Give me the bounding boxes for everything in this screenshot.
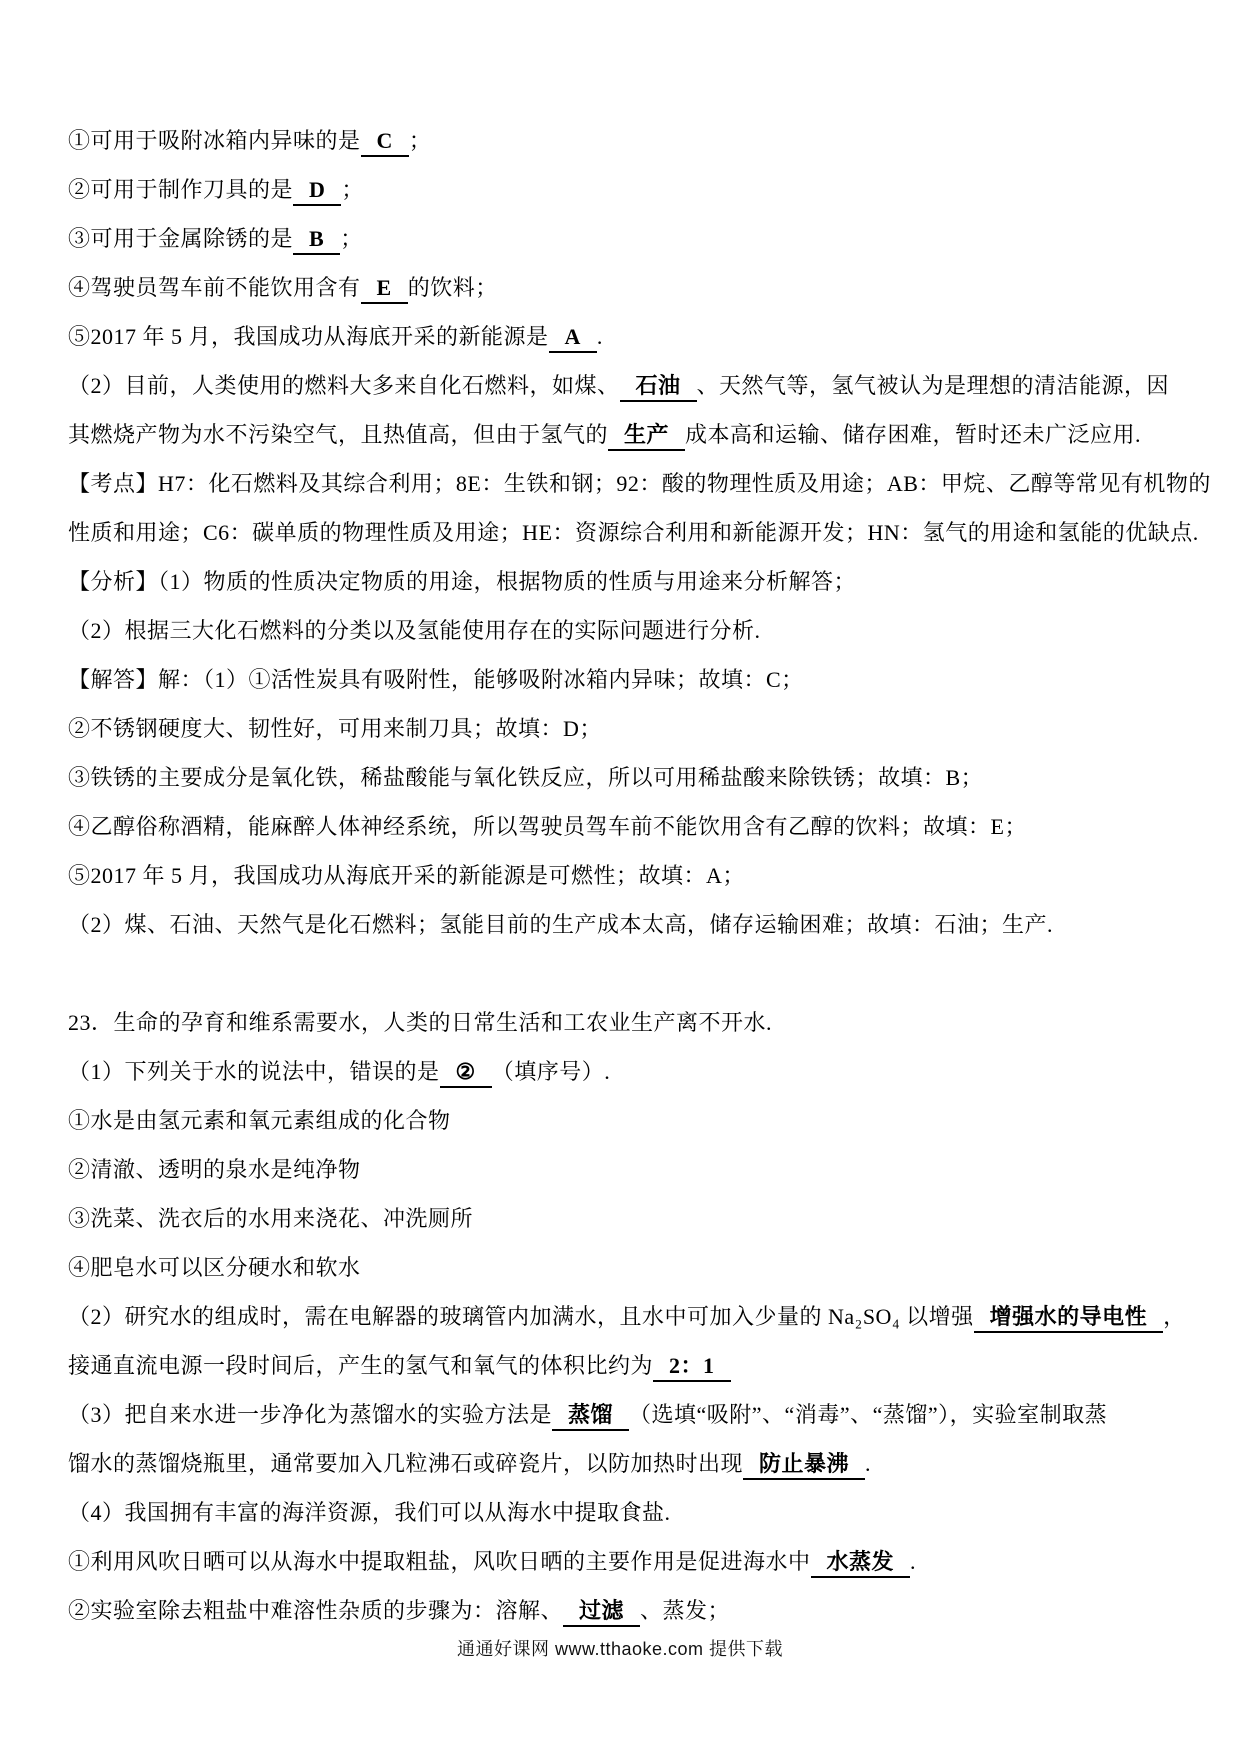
answer-blank: 2：1	[653, 1352, 731, 1382]
text-line: ⑤2017 年 5 月，我国成功从海底开采的新能源是可燃性；故填：A；	[68, 851, 1182, 900]
text-segment: （填序号）.	[492, 1059, 611, 1084]
text-segment: 的饮料；	[408, 275, 498, 300]
text-line: ①可用于吸附冰箱内异味的是C；	[68, 116, 1182, 165]
answer-blank: 石油	[620, 372, 697, 402]
text-line: ②不锈钢硬度大、韧性好，可用来制刀具；故填：D；	[68, 704, 1182, 753]
text-line: ②清澈、透明的泉水是纯净物	[68, 1145, 1182, 1194]
text-line: ①水是由氢元素和氧元素组成的化合物	[68, 1096, 1182, 1145]
footer-watermark: 通通好课网 www.tthaoke.com 提供下载	[0, 1637, 1240, 1661]
answer-blank: ②	[440, 1058, 492, 1088]
text-segment: ③洗菜、洗衣后的水用来浇花、冲洗厕所	[68, 1206, 473, 1231]
text-segment: 【分析】（1）物质的性质决定物质的用途，根据物质的性质与用途来分析解答；	[68, 569, 856, 594]
text-line: （2）目前，人类使用的燃料大多来自化石燃料，如煤、石油、天然气等，氢气被认为是理…	[68, 361, 1182, 410]
answer-blank: 防止暴沸	[743, 1450, 865, 1480]
text-segment: .	[910, 1549, 916, 1574]
answer-blank: E	[361, 274, 408, 304]
text-segment: （2）根据三大化石燃料的分类以及氢能使用存在的实际问题进行分析.	[68, 618, 761, 643]
text-segment: ④肥皂水可以区分硬水和软水	[68, 1255, 361, 1280]
text-line: （2）根据三大化石燃料的分类以及氢能使用存在的实际问题进行分析.	[68, 606, 1182, 655]
text-line: 馏水的蒸馏烧瓶里，通常要加入几粒沸石或碎瓷片，以防加热时出现防止暴沸.	[68, 1439, 1182, 1488]
text-line: ④乙醇俗称酒精，能麻醉人体神经系统，所以驾驶员驾车前不能饮用含有乙醇的饮料；故填…	[68, 802, 1182, 851]
text-line: ①利用风吹日晒可以从海水中提取粗盐，风吹日晒的主要作用是促进海水中水蒸发.	[68, 1537, 1182, 1586]
text-segment: （2）煤、石油、天然气是化石燃料；氢能目前的生产成本太高，储存运输困难；故填：石…	[68, 912, 1053, 937]
text-segment: ，	[1163, 1304, 1186, 1329]
text-segment: （2）目前，人类使用的燃料大多来自化石燃料，如煤、	[68, 373, 620, 398]
page: { "page": { "background": "#ffffff", "te…	[0, 0, 1240, 1754]
text-segment: ②实验室除去粗盐中难溶性杂质的步骤为：溶解、	[68, 1598, 563, 1623]
text-segment: 、蒸发；	[640, 1598, 730, 1623]
text-line: （4）我国拥有丰富的海洋资源，我们可以从海水中提取食盐.	[68, 1488, 1182, 1537]
text-line: 【分析】（1）物质的性质决定物质的用途，根据物质的性质与用途来分析解答；	[68, 557, 1182, 606]
text-line: 其燃烧产物为水不污染空气，且热值高，但由于氢气的生产成本高和运输、储存困难，暂时…	[68, 410, 1182, 459]
answer-blank: 生产	[608, 421, 685, 451]
text-segment: ②清澈、透明的泉水是纯净物	[68, 1157, 361, 1182]
text-line: ④肥皂水可以区分硬水和软水	[68, 1243, 1182, 1292]
text-line: 性质和用途；C6：碳单质的物理性质及用途；HE：资源综合利用和新能源开发；HN：…	[68, 508, 1182, 557]
text-line: （1）下列关于水的说法中，错误的是②（填序号）.	[68, 1047, 1182, 1096]
text-segment: ④乙醇俗称酒精，能麻醉人体神经系统，所以驾驶员驾车前不能饮用含有乙醇的饮料；故填…	[68, 814, 1027, 839]
document-body: ①可用于吸附冰箱内异味的是C；②可用于制作刀具的是D；③可用于金属除锈的是B；④…	[0, 0, 1240, 1635]
text-segment: 其燃烧产物为水不污染空气，且热值高，但由于氢气的	[68, 422, 608, 447]
answer-blank: 水蒸发	[811, 1548, 911, 1578]
text-line: ②实验室除去粗盐中难溶性杂质的步骤为：溶解、过滤、蒸发；	[68, 1586, 1182, 1635]
text-segment: 、天然气等，氢气被认为是理想的清洁能源，因	[697, 373, 1170, 398]
text-segment: ②可用于制作刀具的是	[68, 177, 293, 202]
text-segment: ④驾驶员驾车前不能饮用含有	[68, 275, 361, 300]
text-segment: （4）我国拥有丰富的海洋资源，我们可以从海水中提取食盐.	[68, 1500, 671, 1525]
text-segment: 性质和用途；C6：碳单质的物理性质及用途；HE：资源综合利用和新能源开发；HN：…	[68, 520, 1199, 545]
answer-blank: D	[293, 176, 341, 206]
text-segment: ③铁锈的主要成分是氧化铁，稀盐酸能与氧化铁反应，所以可用稀盐酸来除铁锈；故填：B…	[68, 765, 983, 790]
text-segment: 23．生命的孕育和维系需要水，人类的日常生活和工农业生产离不开水.	[68, 1010, 772, 1035]
text-segment: 接通直流电源一段时间后，产生的氢气和氧气的体积比约为	[68, 1353, 653, 1378]
text-line: 【考点】H7：化石燃料及其综合利用；8E：生铁和钢；92：酸的物理性质及用途；A…	[68, 459, 1182, 508]
text-line: （2）煤、石油、天然气是化石燃料；氢能目前的生产成本太高，储存运输困难；故填：石…	[68, 900, 1182, 949]
text-segment: ⑤2017 年 5 月，我国成功从海底开采的新能源是	[68, 324, 549, 349]
answer-blank: C	[361, 127, 409, 157]
text-segment: .	[865, 1451, 871, 1476]
text-segment: （1）下列关于水的说法中，错误的是	[68, 1059, 440, 1084]
answer-blank: B	[293, 225, 340, 255]
answer-blank: 过滤	[563, 1597, 640, 1627]
text-line: ④驾驶员驾车前不能饮用含有E的饮料；	[68, 263, 1182, 312]
text-segment: （选填“吸附”、“消毒”、“蒸馏”），实验室制取蒸	[629, 1402, 1107, 1427]
text-segment: ③可用于金属除锈的是	[68, 226, 293, 251]
answer-blank: 增强水的导电性	[974, 1303, 1164, 1333]
text-segment: .	[597, 324, 603, 349]
text-segment: ⑤2017 年 5 月，我国成功从海底开采的新能源是可燃性；故填：A；	[68, 863, 745, 888]
text-segment: ①利用风吹日晒可以从海水中提取粗盐，风吹日晒的主要作用是促进海水中	[68, 1549, 811, 1574]
text-line: 【解答】解：（1）①活性炭具有吸附性，能够吸附冰箱内异味；故填：C；	[68, 655, 1182, 704]
text-segment: 【考点】H7：化石燃料及其综合利用；8E：生铁和钢；92：酸的物理性质及用途；A…	[68, 471, 1211, 496]
text-segment: 【解答】解：（1）①活性炭具有吸附性，能够吸附冰箱内异味；故填：C；	[68, 667, 804, 692]
answer-blank: 蒸馏	[552, 1401, 629, 1431]
text-line: ⑤2017 年 5 月，我国成功从海底开采的新能源是A.	[68, 312, 1182, 361]
text-line: ②可用于制作刀具的是D；	[68, 165, 1182, 214]
text-line: ③洗菜、洗衣后的水用来浇花、冲洗厕所	[68, 1194, 1182, 1243]
text-segment: 成本高和运输、储存困难，暂时还未广泛应用.	[685, 422, 1141, 447]
text-line: 23．生命的孕育和维系需要水，人类的日常生活和工农业生产离不开水.	[68, 998, 1182, 1047]
text-segment: （2）研究水的组成时，需在电解器的玻璃管内加满水，且水中可加入少量的 Na₂SO…	[68, 1304, 974, 1329]
text-segment: ②不锈钢硬度大、韧性好，可用来制刀具；故填：D；	[68, 716, 602, 741]
text-segment: ；	[409, 128, 432, 153]
text-line: ③可用于金属除锈的是B；	[68, 214, 1182, 263]
text-segment: ①可用于吸附冰箱内异味的是	[68, 128, 361, 153]
text-segment: ①水是由氢元素和氧元素组成的化合物	[68, 1108, 451, 1133]
text-line: 接通直流电源一段时间后，产生的氢气和氧气的体积比约为2：1	[68, 1341, 1182, 1390]
text-segment: （3）把自来水进一步净化为蒸馏水的实验方法是	[68, 1402, 552, 1427]
blank-line	[68, 949, 1182, 998]
text-segment: ；	[340, 226, 363, 251]
text-line: ③铁锈的主要成分是氧化铁，稀盐酸能与氧化铁反应，所以可用稀盐酸来除铁锈；故填：B…	[68, 753, 1182, 802]
answer-blank: A	[549, 323, 597, 353]
text-segment: ；	[341, 177, 364, 202]
text-segment: 馏水的蒸馏烧瓶里，通常要加入几粒沸石或碎瓷片，以防加热时出现	[68, 1451, 743, 1476]
text-line: （3）把自来水进一步净化为蒸馏水的实验方法是蒸馏（选填“吸附”、“消毒”、“蒸馏…	[68, 1390, 1182, 1439]
text-line: （2）研究水的组成时，需在电解器的玻璃管内加满水，且水中可加入少量的 Na₂SO…	[68, 1292, 1182, 1341]
